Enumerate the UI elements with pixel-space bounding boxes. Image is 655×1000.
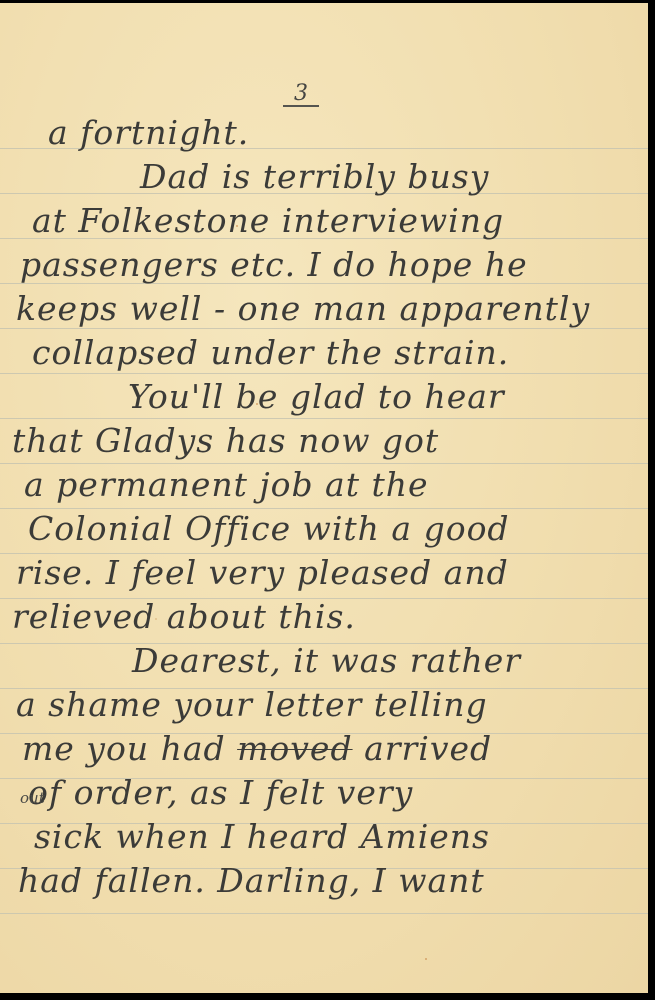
handwritten-line: passengers etc. I do hope he — [20, 247, 528, 283]
handwritten-line: that Gladys has now got — [12, 423, 439, 459]
handwritten-line: a permanent job at the — [24, 467, 429, 503]
handwritten-line: Colonial Office with a good — [28, 511, 510, 547]
handwritten-line: a fortnight. — [48, 115, 249, 151]
rule-line — [0, 373, 648, 374]
handwritten-line: keeps well - one man apparently — [16, 291, 590, 327]
page-number: 3 — [283, 83, 319, 107]
insertion-text: out — [20, 789, 45, 807]
rule-line — [0, 418, 648, 419]
handwritten-line: a shame your letter telling — [16, 687, 488, 723]
handwritten-line: Dearest, it was rather — [132, 643, 521, 679]
handwritten-line: me you had moved arrived — [22, 731, 492, 767]
struck-word: moved — [237, 729, 352, 768]
handwritten-line: collapsed under the strain. — [32, 335, 509, 371]
paper-speck — [236, 225, 238, 227]
handwritten-line: had fallen. Darling, I want — [18, 863, 485, 899]
handwritten-line: of order, as I felt very — [28, 775, 413, 811]
letter-page: 3 a fortnight.Dad is terribly busyat Fol… — [0, 3, 648, 993]
rule-line — [0, 463, 648, 464]
paper-speck — [256, 403, 258, 405]
handwritten-line: Dad is terribly busy — [140, 159, 489, 195]
paper-speck — [425, 958, 427, 960]
handwritten-line: rise. I feel very pleased and — [16, 555, 509, 591]
handwritten-line: at Folkestone interviewing — [32, 203, 504, 239]
handwritten-line: sick when I heard Amiens — [34, 819, 490, 855]
handwritten-line: relieved about this. — [12, 599, 356, 635]
paper-speck — [155, 618, 157, 620]
handwritten-line: You'll be glad to hear — [128, 379, 505, 415]
rule-line — [0, 328, 648, 329]
rule-line — [0, 913, 648, 914]
